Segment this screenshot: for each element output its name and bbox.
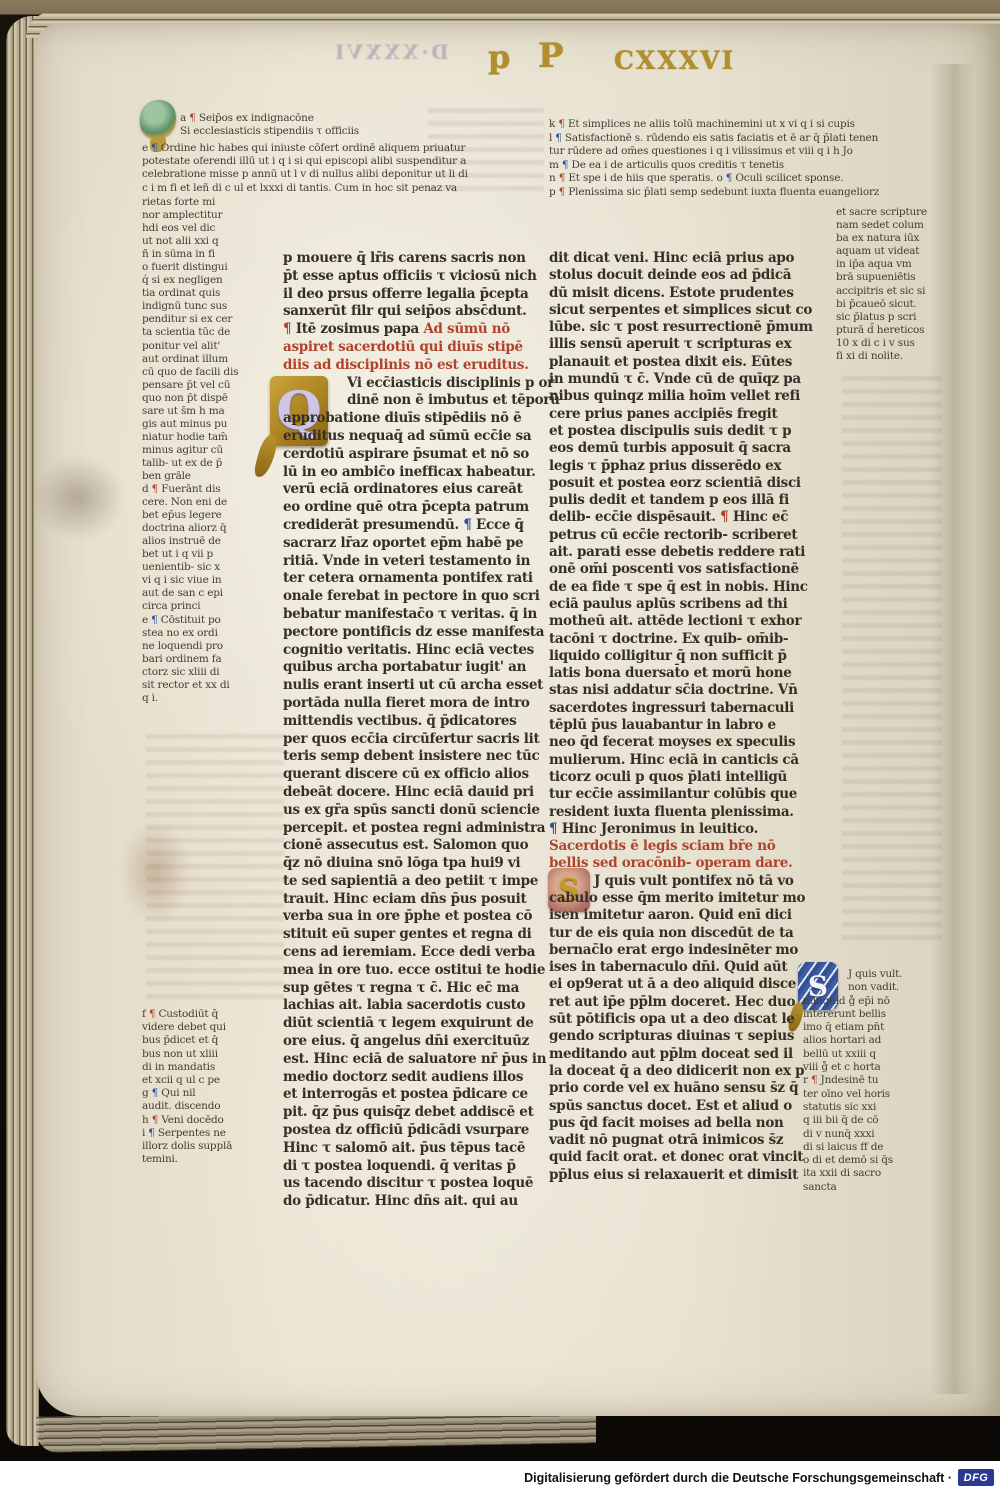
gloss-right-margin: et sacre scripturenam sedet columba ex n… <box>836 206 927 363</box>
screenshot-root: D·XXXVI p P CXXXVI Q S S a ¶ Seip̄os ex … <box>0 0 1000 1494</box>
text-line: bernac̄lo erat ergo indesinēter mo <box>549 942 813 959</box>
text-line: et postea discipulis suis dedit τ p <box>549 423 813 440</box>
text-line: l ¶ Satisfactionē s. rūdendo eis satis f… <box>549 132 879 146</box>
stain-left-edge <box>32 456 124 540</box>
text-line: approbatione diuīs stipēdiis nō ē <box>283 410 560 428</box>
text-line: bebatur manifestac̄o τ veritas. q̄ in <box>283 606 560 624</box>
text-line: cognitio veritatis. Hinc eciā vectes <box>283 642 560 660</box>
text-line: doctrina aliorz q̄ <box>142 522 238 535</box>
text-line: resident iuxta fluenta plenissima. <box>549 804 813 821</box>
text-line: pus q̄d facit moises ad bella non <box>549 1115 813 1132</box>
text-line: petrus cū ecc̄ie rectorib- scriberet <box>549 527 813 544</box>
text-line: sic p̄latus p scri <box>836 311 927 324</box>
text-line: celebratione misse p annū ut l v di null… <box>142 168 468 181</box>
text-line: cerdotiū aspirare p̄sumat et nō so <box>283 446 560 464</box>
text-line: stea no ex ordi <box>142 627 238 640</box>
text-line: ben grāle <box>142 470 238 483</box>
text-line: brā supueniētis <box>836 271 927 284</box>
text-line: aspiret sacerdotiū qui diuīs stipē <box>283 339 560 357</box>
text-line: tur ecc̄ie assimilantur colūbis que <box>549 786 813 803</box>
text-line: cens ad ieremiam. Ecce dedi verba <box>283 944 560 962</box>
text-line: 10 x di c i v sus <box>836 337 927 350</box>
text-line: gendo scripturas diuinas τ sepius <box>549 1028 813 1045</box>
text-line: ñ in sūma in fi <box>142 248 238 261</box>
text-line: bus non ut xliii <box>142 1048 232 1061</box>
text-line: di v nunq̄ xxxi <box>803 1128 902 1141</box>
text-line: bari ordinem fa <box>142 653 238 666</box>
text-line: cere prius panes accipiēs fregit <box>549 406 813 423</box>
text-line: est. Hinc eciā de saluatore nr̄ p̄us in <box>283 1051 560 1069</box>
text-line: cere. Non eni de <box>142 496 238 509</box>
text-line: rietas forte mi <box>142 196 238 209</box>
text-line: dū misit dicens. Estote prudentes <box>549 285 813 302</box>
text-line: neo q̄d fecerat moyses ex speculis <box>549 734 813 751</box>
text-line: J quis vult pontifex nō tā vo <box>549 873 813 890</box>
text-line: nunquid g̊ ep̄i nō <box>803 995 902 1008</box>
text-line: J quis vult. <box>803 968 902 981</box>
text-line: us ex gr̄a spūs sancti donū sciencie <box>283 802 560 820</box>
text-line: sacerdotes ingressuri tabernaculi <box>549 700 813 717</box>
digitization-credit-text: Digitalisierung gefördert durch die Deut… <box>524 1471 952 1485</box>
text-line: viii g̊ et c horta <box>803 1061 902 1074</box>
text-line: di si laicus ff de <box>803 1141 902 1154</box>
text-line: ¶ Itē zosimus papa Ad sūmū nō <box>283 321 560 339</box>
text-line: i ¶ Serpentes ne <box>142 1127 232 1140</box>
text-line: quibus archa portabatur iugit' an <box>283 659 560 677</box>
text-line: pp̄lus eius si relaxauerit et dimisit <box>549 1167 813 1184</box>
text-line: videre debet qui <box>142 1021 232 1034</box>
text-line: tia ordinat quis <box>142 287 238 300</box>
text-line: q̄z nō diuina snō lōga tpa hui9 vi <box>283 855 560 873</box>
gloss-top-left-a: a ¶ Seip̄os ex indignacōneSi ecclesiasti… <box>180 112 359 138</box>
text-line: bet ep̄us legere <box>142 509 238 522</box>
text-line: mea in ore tuo. ecce ostitui te hodie <box>283 962 560 980</box>
text-line: us tacendo discitur τ postea loquē <box>283 1175 560 1193</box>
text-line: ita xxii di sacro <box>803 1167 902 1180</box>
text-line: trauit. Hinc eciam dn̄s p̄us posuit <box>283 891 560 909</box>
text-line: r ¶ Jndesinē tu <box>803 1074 902 1087</box>
text-line: ei op9erat ut ā a deo aliquid disce <box>549 976 813 993</box>
quire-mark-1: p <box>488 38 510 76</box>
text-line: talib- ut ex de p̄ <box>142 457 238 470</box>
text-line: ait. parati esse debetis reddere rati <box>549 544 813 561</box>
text-line: hdi eos vel dic <box>142 222 238 235</box>
showthrough-folio-number: D·XXXVI <box>332 40 449 64</box>
text-line: tur de eis quia non discedūt de ta <box>549 925 813 942</box>
text-line: latis bona duersat̄o et morū hone <box>549 665 813 682</box>
text-line: ponitur vel alit' <box>142 340 238 353</box>
text-line: temini. <box>142 1153 232 1166</box>
text-line: ne loquendi pro <box>142 640 238 653</box>
text-line: ter oīno vel horis <box>803 1088 902 1101</box>
text-line: onale ferebat in pectore in quo scri <box>283 588 560 606</box>
text-line: onē om̄i poscenti vos satisfactionē <box>549 561 813 578</box>
text-line: posuit et postea eorz scientiā disci <box>549 475 813 492</box>
text-line: te sed sapientiā a deo petiit τ impe <box>283 873 560 891</box>
text-line: di in mandatis <box>142 1061 232 1074</box>
text-line: spūs sanctus docet. Est et aliud o <box>549 1098 813 1115</box>
text-line: postea dz officiū p̄dicādi vsurpare <box>283 1122 560 1140</box>
text-line: ore eius. q̄ angelus dn̄i exercituūz <box>283 1033 560 1051</box>
text-line: nulis erant inserti ut cū archa esset <box>283 677 560 695</box>
text-line: sicut serpentes et simplices sicut co <box>549 302 813 319</box>
text-line: vadit nō pugnat otrā inimicos s̄z <box>549 1132 813 1149</box>
text-line: stas nisi addatur sc̄ia doctrine. Vn̄ <box>549 682 813 699</box>
stain-left-margin <box>120 820 190 924</box>
text-line: planauit et postea dixit eis. Eūtes <box>549 354 813 371</box>
text-line: aut de san c epi <box>142 587 238 600</box>
text-line: o fuerit distingui <box>142 261 238 274</box>
text-line: aut ordinat illum <box>142 353 238 366</box>
dfg-logo: DFG <box>958 1469 994 1486</box>
text-line: delib- ecc̄ie dispēsauit. ¶ Hinc ec̄ <box>549 509 813 526</box>
text-line: pulis dedit et tandem p eos illā fi <box>549 492 813 509</box>
text-line: legis τ p̄phaz prius disserēdo ex <box>549 458 813 475</box>
text-line: potestate oferendi illū ut i q i si qui … <box>142 155 468 168</box>
text-line: liquido colligitur q̄ non sufficit p̄ <box>549 648 813 665</box>
text-line: et sacre scripture <box>836 206 927 219</box>
text-line: stolus docuit deinde eos ad p̄dicā <box>549 267 813 284</box>
text-line: ritiā. Vnde in veteri testamento in <box>283 553 560 571</box>
text-line: statutis sic xxi <box>803 1101 902 1114</box>
text-line: quo non p̄t dispē <box>142 392 238 405</box>
text-line: niatur hodie tam̄ <box>142 431 238 444</box>
text-line: pectore pontificis dz esse manifesta <box>283 624 560 642</box>
text-line: il deo prsus offerre legalia p̄cepta <box>283 286 560 304</box>
text-line: tacōni τ doctrine. Ex quib- om̄ib- <box>549 631 813 648</box>
text-line: f ¶ Custodiūt q̄ <box>142 1008 232 1021</box>
text-line: alios instruē de <box>142 535 238 548</box>
page-crease <box>930 64 974 1394</box>
text-line: lachias ait. labia sacerdotis custo <box>283 997 560 1015</box>
text-line: ba ex natura iūx <box>836 232 927 245</box>
text-line: p ¶ Plenissima sic p̄lati semp sedebunt … <box>549 186 879 200</box>
text-line: isen imitetur aaron. Quid enī dici <box>549 907 813 924</box>
text-line: et xcii q ul c pe <box>142 1074 232 1087</box>
text-line: q i. <box>142 692 238 705</box>
text-line: fi xi di nolite. <box>836 350 927 363</box>
text-line: eruditus nequaq̄ ad sūmū ecc̄ie sa <box>283 428 560 446</box>
text-line: mittendis vectibus. q̄ p̄dicatores <box>283 713 560 731</box>
text-line: in mundū τ c̄. Vnde cū de quīqz pa <box>549 371 813 388</box>
text-line: g ¶ Qui nil <box>142 1087 232 1100</box>
text-line: medio doctorz sedit audiens illos <box>283 1069 560 1087</box>
text-line: e ¶ Cōstituit po <box>142 614 238 627</box>
gloss-left-margin-bottom: f ¶ Custodiūt q̄videre debet quibus p̄di… <box>142 1008 232 1166</box>
text-line: sup gētes τ regna τ c̄. Hic ec̄ ma <box>283 980 560 998</box>
text-line: meditando aut pp̄lm doceat sed il <box>549 1046 813 1063</box>
text-line: ises in tabernaculo dn̄i. Quid aūt <box>549 959 813 976</box>
text-line: vi q i sic viue in <box>142 574 238 587</box>
text-line: nor amplectitur <box>142 209 238 222</box>
text-line: m ¶ De ea i de articulis quos creditis τ… <box>549 159 879 173</box>
text-line: h ¶ Veni docēdo <box>142 1114 232 1127</box>
text-line: dinē non ē imbutus et tēporū <box>283 392 560 410</box>
text-line: indignū tunc sus <box>142 300 238 313</box>
text-line: sūt pōtificis opa ut a deo discat le <box>549 1011 813 1028</box>
text-line: sare ut s̄m h ma <box>142 405 238 418</box>
text-line: cabulo esse q̄m merito imitetur mo <box>549 890 813 907</box>
text-line: do p̄dicatur. Hinc dn̄s ait. qui au <box>283 1193 560 1211</box>
text-line: diūt scientiā τ legem exquirunt de <box>283 1015 560 1033</box>
text-line: bet ut i q vii p <box>142 548 238 561</box>
text-line: aquam ut videat <box>836 245 927 258</box>
text-line: k ¶ Et simplices ne aliis tolū machinemi… <box>549 118 879 132</box>
text-line: bus p̄dicet et q̄ <box>142 1034 232 1047</box>
text-line: querant discere cū ex officio alios <box>283 766 560 784</box>
text-line: eo ordine quē otra p̄cepta patrum <box>283 499 560 517</box>
showthrough-text-right-margin <box>842 376 942 948</box>
text-line: tēplū p̄us lauabantur in labro e <box>549 717 813 734</box>
text-line: motheū ait. attēde lectioni τ exhor <box>549 613 813 630</box>
gloss-top-left-b: e ¶ Ordine hic habes qui iniuste cōfert … <box>142 142 468 195</box>
book-page-edges-left <box>6 16 39 1446</box>
text-line: Vi ecc̄iasticis disciplinis p or <box>283 375 560 393</box>
text-line: sancta <box>803 1181 902 1194</box>
text-line: ctorz sic xliii di <box>142 666 238 679</box>
gloss-left-margin: rietas forte minor amplectiturhdi eos ve… <box>142 196 238 705</box>
text-line: imo q̄ etiam pn̄t <box>803 1021 902 1034</box>
text-line: illis sensū aperuit τ scripturas ex <box>549 336 813 353</box>
text-line: ta scientia tūc de <box>142 326 238 339</box>
text-line: diis ad disciplinis nō est eruditus. <box>283 357 560 375</box>
text-line: pit. q̄z p̄us quisq̄z debet addiscē et <box>283 1104 560 1122</box>
text-line: di τ postea loquendi. q̄ veritas p̄ <box>283 1158 560 1176</box>
text-line: Hinc τ salomō ait. p̄us tēpus tacē <box>283 1140 560 1158</box>
text-line: bellis sed oracōnib- operam dare. <box>549 855 813 872</box>
text-column-left: p mouere q̄ lr̄is carens sacris nonp̄t e… <box>283 250 560 1211</box>
text-line: intererunt bellis <box>803 1008 902 1021</box>
text-line: minus agitur cū <box>142 444 238 457</box>
text-line: gis aut minus pu <box>142 418 238 431</box>
text-line: ter cetera ornamenta pontifex rati <box>283 570 560 588</box>
text-line: ret aut ip̄e pp̄lm doceret. Hec duo <box>549 994 813 1011</box>
text-line: ¶ Hinc Jeronimus in leuitico. <box>549 821 813 838</box>
text-line: n ¶ Et spe i de hiis que speratis. o ¶ O… <box>549 172 879 186</box>
text-line: q iii bii q̄ de cō <box>803 1114 902 1127</box>
text-line: mulierum. Hinc eciā in canticis cā <box>549 752 813 769</box>
folio-number: CXXXVI <box>614 46 735 75</box>
text-line: p̄t esse aptus officiis τ viciosū nich <box>283 268 560 286</box>
gloss-right-margin-bottom: J quis vult.non vadit.nunquid g̊ ep̄i nō… <box>803 968 902 1194</box>
text-line: debeāt docere. Hinc eciā dauid pri <box>283 784 560 802</box>
text-line: quid facit orat. et donec orat vincit <box>549 1149 813 1166</box>
text-line: cionē assecutus est. Salomon quo <box>283 837 560 855</box>
text-line: sanxerūt filr qui seip̄os absc̄dunt. <box>283 303 560 321</box>
text-line: stituit eū super gentes et regna di <box>283 926 560 944</box>
text-line: prio corde vel ex huāno sensu s̄z q̄ <box>549 1080 813 1097</box>
text-line: dit dicat veni. Hinc eciā prius apo <box>549 250 813 267</box>
text-line: bi p̄caueō sicut. <box>836 298 927 311</box>
text-line: illorz dolis supplā <box>142 1140 232 1153</box>
text-line: portāda nulla fieret mora de intro <box>283 695 560 713</box>
text-line: p mouere q̄ lr̄is carens sacris non <box>283 250 560 268</box>
text-line: lū in eo ambic̄o inefficax habeatur. <box>283 464 560 482</box>
text-line: verba sua in ore p̄phe et postea cō <box>283 908 560 926</box>
quire-mark-2: P <box>538 36 564 76</box>
text-line: sit rector et xx di <box>142 679 238 692</box>
text-line: circa princi <box>142 600 238 613</box>
text-line: bellū ut xxiii q <box>803 1048 902 1061</box>
text-line: audit. discendo <box>142 1100 232 1113</box>
text-line: eos demū turbis apposuit q̄ sacra <box>549 440 813 457</box>
text-line: in ip̄a aqua vm <box>836 258 927 271</box>
text-line: lūbe. sic τ post resurrectionē p̄mum <box>549 319 813 336</box>
text-line: sacrarz lr̄az oportet ep̄m habē pe <box>283 535 560 553</box>
text-line: penditur si ex cer <box>142 313 238 326</box>
text-line: c i m fi et leñ di c ul et lxxxi di tant… <box>142 182 468 195</box>
text-line: q́ si ex negligen <box>142 274 238 287</box>
text-line: non vadit. <box>803 981 902 994</box>
foliate-ornament-initial <box>140 100 176 138</box>
text-line: cū quo de facili dis <box>142 366 238 379</box>
manuscript-photo: D·XXXVI p P CXXXVI Q S S a ¶ Seip̄os ex … <box>0 0 1000 1461</box>
text-line: percepit. et postea regni administra <box>283 820 560 838</box>
text-line: nibus quinqz milia hoīm vellet refi <box>549 388 813 405</box>
text-line: a ¶ Seip̄os ex indignacōne <box>180 112 359 125</box>
text-line: e ¶ Ordine hic habes qui iniuste cōfert … <box>142 142 468 155</box>
text-line: pensare p̄t vel cū <box>142 379 238 392</box>
text-line: Si ecclesiasticis stipendiis τ officiis <box>180 125 359 138</box>
text-line: pturā d̄ hereticos <box>836 324 927 337</box>
text-line: accipitris et sic si <box>836 285 927 298</box>
text-line: eciā paulus aplūs scribens ad thi <box>549 596 813 613</box>
text-line: verū eciā ordinatores eius careāt <box>283 481 560 499</box>
text-line: ut not alii xxi q <box>142 235 238 248</box>
text-line: nam sedet colum <box>836 219 927 232</box>
gloss-top-right: k ¶ Et simplices ne aliis tolū machinemi… <box>549 118 879 200</box>
text-line: crediderāt presumendū. ¶ Ecce q̄ <box>283 517 560 535</box>
text-line: tur rūdere ad om̄es questiones i q i vil… <box>549 145 879 159</box>
text-line: de ea fide τ spe q̄ est in nobis. Hinc <box>549 579 813 596</box>
manuscript-page: D·XXXVI p P CXXXVI Q S S a ¶ Seip̄os ex … <box>36 24 1000 1416</box>
text-line: d ¶ Fuerānt dis <box>142 483 238 496</box>
text-line: et interrogās et postea p̄dicare ce <box>283 1086 560 1104</box>
text-line: Sacerdotis ē legis sciam br̄e nō <box>549 838 813 855</box>
text-column-right: dit dicat veni. Hinc eciā prius apostolu… <box>549 250 813 1184</box>
digitization-footer: Digitalisierung gefördert durch die Deut… <box>0 1461 1000 1494</box>
text-line: alios hortari ad <box>803 1034 902 1047</box>
text-line: la doceat q̄ a deo didicerit non ex p <box>549 1063 813 1080</box>
text-line: ticorz oculi p quos p̄lati intelligū <box>549 769 813 786</box>
text-line: per quos ecc̄ia circūfertur sacris lit <box>283 731 560 749</box>
text-line: o di et demō si q̄s <box>803 1154 902 1167</box>
text-line: teris semp debent insistere nec tūc <box>283 748 560 766</box>
text-line: uenientib- sic x <box>142 561 238 574</box>
